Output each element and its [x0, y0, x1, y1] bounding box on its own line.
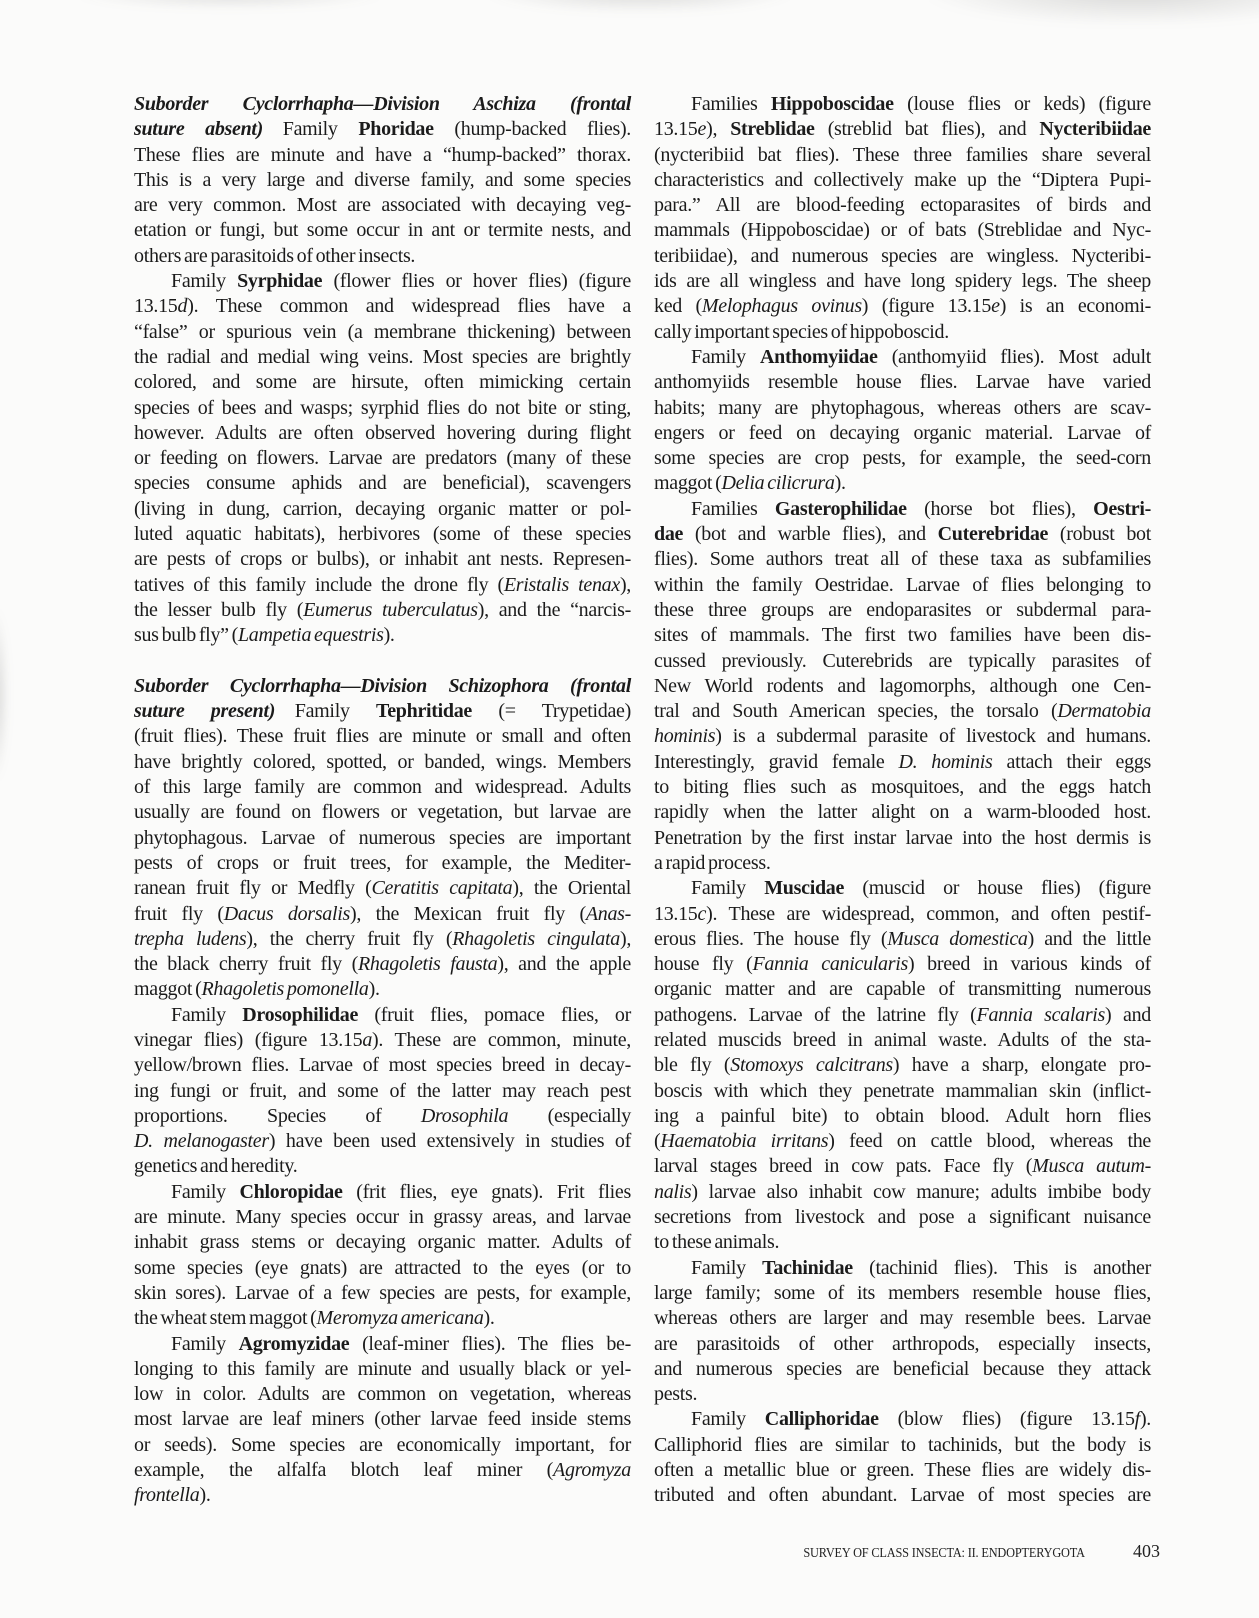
- text-line: however. Adults are often observed hover…: [134, 421, 631, 446]
- text-segment: ).: [384, 624, 395, 646]
- text-segment: some species are crop pests, for example…: [654, 447, 1151, 469]
- text-segment: teribiidae), and numerous species are wi…: [654, 245, 1151, 267]
- text-line: a rapid process.: [654, 851, 1151, 876]
- text-segment: (flower flies or hover flies) (figure: [322, 270, 631, 292]
- text-segment: vinegar flies) (figure 13.15: [134, 1029, 362, 1051]
- text-segment: boscis with which they penetrate mammali…: [654, 1080, 1151, 1102]
- text-line: hominis) is a subdermal parasite of live…: [654, 724, 1151, 749]
- text-segment: ).: [369, 978, 380, 1000]
- text-line: ing a painful bite) to obtain blood. Adu…: [654, 1104, 1151, 1129]
- text-segment: (robust bot: [1048, 523, 1151, 545]
- text-segment: 13.15: [654, 118, 698, 140]
- text-segment: Melophagus ovinus: [702, 295, 862, 317]
- text-segment: secretions from livestock and pose a sig…: [654, 1206, 1151, 1228]
- text-line: erous flies. The house fly (Musca domest…: [654, 927, 1151, 952]
- text-segment: Eristalis tenax: [504, 574, 620, 596]
- text-line: of this large family are common and wide…: [134, 775, 631, 800]
- text-segment: ing fungi or fruit, and some of the latt…: [134, 1080, 631, 1102]
- text-line: house fly (Fannia canicularis) breed in …: [654, 952, 1151, 977]
- text-segment: Phoridae: [358, 118, 433, 140]
- text-segment: erous flies. The house fly (: [654, 928, 887, 950]
- text-line: dae (bot and warble flies), and Cuterebr…: [654, 522, 1151, 547]
- text-segment: colored, and some are hirsute, often mim…: [134, 371, 631, 393]
- text-line: boscis with which they penetrate mammali…: [654, 1079, 1151, 1104]
- text-segment: (anthomyiid flies). Most adult: [878, 346, 1151, 368]
- text-segment: Interestingly, gravid female: [654, 751, 898, 773]
- text-segment: (nycteribiid bat flies). These three fam…: [654, 144, 1151, 166]
- text-segment: the wheat stem maggot (: [134, 1307, 317, 1329]
- text-line: para.” All are blood-feeding ectoparasit…: [654, 193, 1151, 218]
- text-line: ids are all wingless and have long spide…: [654, 269, 1151, 294]
- text-segment: flies). Some authors treat all of these …: [654, 548, 1151, 570]
- text-segment: Dacus dorsalis: [224, 903, 350, 925]
- text-segment: low in color. Adults are common on veget…: [134, 1383, 631, 1405]
- text-segment: ), the cherry fruit fly (: [246, 928, 452, 950]
- page-footer: SURVEY OF CLASS INSECTA: II. ENDOPTERYGO…: [0, 1541, 1160, 1562]
- text-segment: Family: [171, 270, 237, 292]
- text-segment: (streblid bat flies), and: [815, 118, 1040, 140]
- text-segment: are parasitoids of other arthropods, esp…: [654, 1333, 1151, 1355]
- text-segment: Family: [171, 1004, 242, 1026]
- text-segment: Anthomyiidae: [760, 346, 878, 368]
- text-segment: Family: [171, 1181, 240, 1203]
- text-segment: Families: [691, 498, 775, 520]
- text-segment: within the family Oestridae. Larvae of f…: [654, 574, 1151, 596]
- text-segment: D. hominis: [898, 751, 992, 773]
- text-segment: pests of crops or fruit trees, for examp…: [134, 852, 631, 874]
- text-segment: ) (figure 13.15: [862, 295, 991, 317]
- text-segment: Calliphoridae: [765, 1408, 879, 1430]
- text-segment: frontella: [134, 1484, 199, 1506]
- text-line: secretions from livestock and pose a sig…: [654, 1205, 1151, 1230]
- text-segment: sites of mammals. The first two families…: [654, 624, 1151, 646]
- scan-artifact: [480, 0, 800, 14]
- text-segment: ),: [620, 574, 631, 596]
- text-segment: ).: [199, 1484, 210, 1506]
- text-line: (nycteribiid bat flies). These three fam…: [654, 143, 1151, 168]
- text-line: larval stages breed in cow pats. Face fl…: [654, 1154, 1151, 1179]
- text-line: fruit fly (Dacus dorsalis), the Mexican …: [134, 902, 631, 927]
- text-segment: ), the Mexican fruit fly (: [350, 903, 586, 925]
- text-segment: Suborder Cyclorrhapha—Division Aschiza (…: [134, 93, 631, 115]
- text-line: low in color. Adults are common on veget…: [134, 1382, 631, 1407]
- text-segment: however. Adults are often observed hover…: [134, 422, 631, 444]
- text-segment: larval stages breed in cow pats. Face fl…: [654, 1155, 1032, 1177]
- text-line: yellow/brown flies. Larvae of most speci…: [134, 1053, 631, 1078]
- text-segment: ),: [706, 118, 730, 140]
- text-segment: D. melanogaster: [134, 1130, 269, 1152]
- left-column: Suborder Cyclorrhapha—Division Aschiza (…: [134, 92, 631, 1509]
- text-segment: mammals (Hippoboscidae) or of bats (Stre…: [654, 219, 1151, 241]
- text-segment: proportions. Species of: [134, 1105, 421, 1127]
- text-line: Penetration by the first instar larvae i…: [654, 826, 1151, 851]
- text-line: pests.: [654, 1382, 1151, 1407]
- text-line: genetics and heredity.: [134, 1154, 631, 1179]
- text-segment: are minute. Many species occur in grassy…: [134, 1206, 631, 1228]
- text-segment: are very common. Most are associated wit…: [134, 194, 631, 216]
- text-line: ing fungi or fruit, and some of the latt…: [134, 1079, 631, 1104]
- text-segment: of this large family are common and wide…: [134, 776, 631, 798]
- text-line: tatives of this family include the drone…: [134, 573, 631, 598]
- text-line: 13.15d). These common and widespread fli…: [134, 294, 631, 319]
- text-segment: Family: [691, 346, 760, 368]
- text-segment: to biting flies such as mosquitoes, and …: [654, 776, 1151, 798]
- text-line: whereas others are larger and may resemb…: [654, 1306, 1151, 1331]
- text-segment: e: [698, 118, 707, 140]
- text-line: the black cherry fruit fly (Rhagoletis f…: [134, 952, 631, 977]
- text-line: proportions. Species of Drosophila (espe…: [134, 1104, 631, 1129]
- text-line: This is a very large and diverse family,…: [134, 168, 631, 193]
- text-line: sites of mammals. The first two families…: [654, 623, 1151, 648]
- text-segment: Agromyza: [553, 1459, 631, 1481]
- text-segment: house fly (: [654, 953, 752, 975]
- text-line: within the family Oestridae. Larvae of f…: [654, 573, 1151, 598]
- text-segment: trepha ludens: [134, 928, 246, 950]
- text-line: teribiidae), and numerous species are wi…: [654, 244, 1151, 269]
- text-segment: (muscid or house flies) (figure: [844, 877, 1151, 899]
- text-segment: (fruit flies, pomace flies, or: [358, 1004, 631, 1026]
- text-line: have brightly colored, spotted, or bande…: [134, 750, 631, 775]
- text-segment: (leaf-miner flies). The flies be-: [349, 1333, 631, 1355]
- text-segment: ), and the apple: [497, 953, 631, 975]
- text-line: Family Chloropidae (frit flies, eye gnat…: [134, 1180, 631, 1205]
- text-segment: Musca autum-: [1032, 1155, 1151, 1177]
- text-segment: 13.15: [134, 295, 178, 317]
- text-segment: ) feed on cattle blood, whereas the: [828, 1130, 1151, 1152]
- text-line: cally important species of hippoboscid.: [654, 320, 1151, 345]
- text-segment: Family: [171, 1333, 239, 1355]
- text-segment: Oestri-: [1093, 498, 1151, 520]
- text-segment: Family: [263, 118, 358, 140]
- text-line: etation or fungi, but some occur in ant …: [134, 218, 631, 243]
- text-line: 13.15c). These are widespread, common, a…: [654, 902, 1151, 927]
- text-line: D. melanogaster) have been used extensiv…: [134, 1129, 631, 1154]
- text-line: are pests of crops or bulbs), or inhabit…: [134, 547, 631, 572]
- text-segment: ), the Oriental: [512, 877, 631, 899]
- text-segment: Muscidae: [764, 877, 844, 899]
- text-line: suture present) Family Tephritidae (= Tr…: [134, 699, 631, 724]
- text-line: Family Anthomyiidae (anthomyiid flies). …: [654, 345, 1151, 370]
- text-segment: ) and the little: [1028, 928, 1151, 950]
- text-line: others are parasitoids of other insects.: [134, 244, 631, 269]
- text-segment: Rhagoletis cingulata: [452, 928, 620, 950]
- text-line: engers or feed on decaying organic mater…: [654, 421, 1151, 446]
- text-segment: tatives of this family include the drone…: [134, 574, 504, 596]
- text-segment: Dermatobia: [1057, 700, 1151, 722]
- text-line: trepha ludens), the cherry fruit fly (Rh…: [134, 927, 631, 952]
- text-segment: Suborder Cyclorrhapha—Division Schizopho…: [134, 675, 631, 697]
- text-line: Family Drosophilidae (fruit flies, pomac…: [134, 1003, 631, 1028]
- text-segment: ). These are widespread, common, and oft…: [706, 903, 1151, 925]
- text-segment: others are parasitoids of other insects.: [134, 245, 415, 267]
- text-line: Calliphorid flies are similar to tachini…: [654, 1433, 1151, 1458]
- text-segment: Family: [691, 1257, 762, 1279]
- text-segment: or seeds). Some species are economically…: [134, 1434, 631, 1456]
- text-line: suture absent) Family Phoridae (hump-bac…: [134, 117, 631, 142]
- text-segment: Rhagoletis pomonella: [201, 978, 368, 1000]
- text-line: habits; many are phytophagous, whereas o…: [654, 396, 1151, 421]
- text-segment: dae: [654, 523, 683, 545]
- text-segment: the black cherry fruit fly (: [134, 953, 358, 975]
- text-line: “false” or spurious vein (a membrane thi…: [134, 320, 631, 345]
- text-line: maggot (Rhagoletis pomonella).: [134, 977, 631, 1002]
- text-segment: luted aquatic habitats), herbivores (som…: [134, 523, 631, 545]
- text-segment: Agromyzidae: [239, 1333, 350, 1355]
- text-segment: “false” or spurious vein (a membrane thi…: [134, 321, 631, 343]
- text-line: ble fly (Stomoxys calcitrans) have a sha…: [654, 1053, 1151, 1078]
- text-segment: attach their eggs: [993, 751, 1152, 773]
- text-line: (living in dung, carrion, decaying organ…: [134, 497, 631, 522]
- text-line: pests of crops or fruit trees, for examp…: [134, 851, 631, 876]
- text-segment: (tachinid flies). This is another: [853, 1257, 1151, 1279]
- text-segment: Meromyza americana: [317, 1307, 484, 1329]
- text-segment: Gasterophilidae: [775, 498, 907, 520]
- text-segment: cally important species of hippoboscid.: [654, 321, 949, 343]
- text-segment: Musca domestica: [887, 928, 1027, 950]
- text-line: Family Tachinidae (tachinid flies). This…: [654, 1256, 1151, 1281]
- text-segment: genetics and heredity.: [134, 1155, 297, 1177]
- text-segment: to these animals.: [654, 1231, 779, 1253]
- text-segment: or feeding on flowers. Larvae are predat…: [134, 447, 631, 469]
- text-segment: ), and the “narcis-: [478, 599, 631, 621]
- text-segment: (louse flies or keds) (figure: [894, 93, 1151, 115]
- text-line: luted aquatic habitats), herbivores (som…: [134, 522, 631, 547]
- text-segment: e: [991, 295, 1000, 317]
- text-segment: (= Trypetidae): [472, 700, 631, 722]
- text-segment: (hump-backed flies).: [434, 118, 631, 140]
- text-segment: ble fly (: [654, 1054, 730, 1076]
- two-column-text-block: Suborder Cyclorrhapha—Division Aschiza (…: [134, 92, 1151, 1509]
- text-segment: whereas others are larger and may resemb…: [654, 1307, 1151, 1329]
- text-segment: yellow/brown flies. Larvae of most speci…: [134, 1054, 631, 1076]
- text-line: are parasitoids of other arthropods, esp…: [654, 1332, 1151, 1357]
- text-segment: rapidly when the latter alight on a warm…: [654, 801, 1151, 823]
- text-line: (Haematobia irritans) feed on cattle blo…: [654, 1129, 1151, 1154]
- text-segment: ) breed in various kinds of: [908, 953, 1151, 975]
- text-segment: pathogens. Larvae of the latrine fly (: [654, 1004, 977, 1026]
- text-line: vinegar flies) (figure 13.15a). These ar…: [134, 1028, 631, 1053]
- text-segment: fruit fly (: [134, 903, 224, 925]
- text-segment: etation or fungi, but some occur in ant …: [134, 219, 631, 241]
- right-column: Families Hippoboscidae (louse flies or k…: [654, 92, 1151, 1509]
- text-segment: Tachinidae: [762, 1257, 853, 1279]
- text-line: cussed previously. Cuterebrids are typic…: [654, 649, 1151, 674]
- text-segment: sus bulb fly” (: [134, 624, 238, 646]
- text-segment: c: [698, 903, 707, 925]
- text-segment: (especially: [508, 1105, 631, 1127]
- text-segment: ing a painful bite) to obtain blood. Adu…: [654, 1105, 1151, 1127]
- text-segment: ids are all wingless and have long spide…: [654, 270, 1151, 292]
- text-line: tributed and often abundant. Larvae of m…: [654, 1483, 1151, 1508]
- text-segment: Family: [691, 1408, 765, 1430]
- text-segment: engers or feed on decaying organic mater…: [654, 422, 1151, 444]
- text-segment: Haematobia irritans: [660, 1130, 828, 1152]
- text-line: New World rodents and lagomorphs, althou…: [654, 674, 1151, 699]
- text-segment: Penetration by the first instar larvae i…: [654, 827, 1151, 849]
- text-line: Family Muscidae (muscid or house flies) …: [654, 876, 1151, 901]
- text-line: or feeding on flowers. Larvae are predat…: [134, 446, 631, 471]
- text-segment: inhabit grass stems or decaying organic …: [134, 1231, 631, 1253]
- text-line: Suborder Cyclorrhapha—Division Aschiza (…: [134, 92, 631, 117]
- text-line: rapidly when the latter alight on a warm…: [654, 800, 1151, 825]
- text-segment: Family: [691, 877, 764, 899]
- text-segment: hominis: [654, 725, 715, 747]
- text-segment: the radial and medial wing veins. Most s…: [134, 346, 631, 368]
- text-segment: Drosophilidae: [242, 1004, 358, 1026]
- text-segment: para.” All are blood-feeding ectoparasit…: [654, 194, 1151, 216]
- text-segment: Chloropidae: [240, 1181, 343, 1203]
- text-segment: Eumerus tuberculatus: [303, 599, 478, 621]
- book-page-scan: Suborder Cyclorrhapha—Division Aschiza (…: [0, 0, 1259, 1618]
- text-segment: pests.: [654, 1383, 697, 1405]
- scan-artifact: [0, 610, 8, 780]
- page-number: 403: [1133, 1541, 1160, 1562]
- text-segment: Families: [691, 93, 771, 115]
- text-segment: tral and South American species, the tor…: [654, 700, 1057, 722]
- text-line: the wheat stem maggot (Meromyza american…: [134, 1306, 631, 1331]
- text-segment: Drosophila: [421, 1105, 508, 1127]
- text-segment: suture absent): [134, 118, 263, 140]
- text-line: often a metallic blue or green. These fl…: [654, 1458, 1151, 1483]
- text-segment: ).: [484, 1307, 495, 1329]
- text-segment: suture present): [134, 700, 275, 722]
- scan-artifact: [930, 0, 1259, 24]
- text-line: organic matter and are capable of transm…: [654, 977, 1151, 1002]
- text-line: these three groups are endoparasites or …: [654, 598, 1151, 623]
- text-segment: habits; many are phytophagous, whereas o…: [654, 397, 1151, 419]
- text-segment: anthomyiids resemble house flies. Larvae…: [654, 371, 1151, 393]
- text-line: large family; some of its members resemb…: [654, 1281, 1151, 1306]
- text-segment: ranean fruit fly or Medfly (: [134, 877, 371, 899]
- text-segment: usually are found on flowers or vegetati…: [134, 801, 631, 823]
- text-line: ked (Melophagus ovinus) (figure 13.15e) …: [654, 294, 1151, 319]
- text-segment: most larvae are leaf miners (other larva…: [134, 1408, 631, 1430]
- text-line: phytophagous. Larvae of numerous species…: [134, 826, 631, 851]
- text-segment: 13.15: [654, 903, 698, 925]
- text-segment: ) larvae also inhabit cow manure; adults…: [691, 1181, 1151, 1203]
- text-line: usually are found on flowers or vegetati…: [134, 800, 631, 825]
- text-segment: (fruit flies). These fruit flies are min…: [134, 725, 631, 747]
- text-segment: Cuterebridae: [938, 523, 1048, 545]
- text-segment: ) have a sharp, elongate pro-: [893, 1054, 1151, 1076]
- text-line: some species are crop pests, for example…: [654, 446, 1151, 471]
- text-line: Interestingly, gravid female D. hominis …: [654, 750, 1151, 775]
- text-line: tral and South American species, the tor…: [654, 699, 1151, 724]
- text-line: ranean fruit fly or Medfly (Ceratitis ca…: [134, 876, 631, 901]
- text-segment: ). These are common, minute,: [372, 1029, 631, 1051]
- text-line: 13.15e), Streblidae (streblid bat flies)…: [654, 117, 1151, 142]
- text-segment: tributed and often abundant. Larvae of m…: [654, 1484, 1151, 1506]
- text-line: are minute. Many species occur in grassy…: [134, 1205, 631, 1230]
- text-segment: species consume aphids and are beneficia…: [134, 472, 631, 494]
- text-line: colored, and some are hirsute, often mim…: [134, 370, 631, 395]
- text-segment: organic matter and are capable of transm…: [654, 978, 1151, 1000]
- text-line: Family Calliphoridae (blow flies) (figur…: [654, 1407, 1151, 1432]
- text-line: nalis) larvae also inhabit cow manure; a…: [654, 1180, 1151, 1205]
- text-line: species consume aphids and are beneficia…: [134, 471, 631, 496]
- text-line: some species (eye gnats) are attracted t…: [134, 1256, 631, 1281]
- text-segment: characteristics and collectively make up…: [654, 169, 1151, 191]
- text-line: anthomyiids resemble house flies. Larvae…: [654, 370, 1151, 395]
- text-line: These flies are minute and have a “hump-…: [134, 143, 631, 168]
- text-segment: (blow flies) (figure 13.15: [879, 1408, 1135, 1430]
- text-line: the lesser bulb fly (Eumerus tuberculatu…: [134, 598, 631, 623]
- text-segment: Stomoxys calcitrans: [730, 1054, 893, 1076]
- text-segment: Syrphidae: [237, 270, 322, 292]
- text-segment: Family: [275, 700, 376, 722]
- text-segment: a rapid process.: [654, 852, 771, 874]
- text-segment: ) and: [1105, 1004, 1151, 1026]
- text-line: pathogens. Larvae of the latrine fly (Fa…: [654, 1003, 1151, 1028]
- text-line: flies). Some authors treat all of these …: [654, 547, 1151, 572]
- text-segment: ) have been used extensively in studies …: [269, 1130, 631, 1152]
- text-segment: (bot and warble flies), and: [683, 523, 938, 545]
- text-segment: Lampetia equestris: [238, 624, 384, 646]
- text-segment: ).: [1140, 1408, 1151, 1430]
- text-segment: cussed previously. Cuterebrids are typic…: [654, 650, 1151, 672]
- text-segment: ) is a subdermal parasite of livestock a…: [715, 725, 1151, 747]
- text-segment: example, the alfalfa blotch leaf miner (: [134, 1459, 553, 1481]
- text-segment: Hippoboscidae: [771, 93, 894, 115]
- text-segment: These flies are minute and have a “hump-…: [134, 144, 631, 166]
- text-segment: (horse bot flies),: [907, 498, 1093, 520]
- text-line: example, the alfalfa blotch leaf miner (…: [134, 1458, 631, 1483]
- text-segment: (living in dung, carrion, decaying organ…: [134, 498, 631, 520]
- text-line: most larvae are leaf miners (other larva…: [134, 1407, 631, 1432]
- text-segment: Fannia canicularis: [752, 953, 907, 975]
- text-segment: have brightly colored, spotted, or bande…: [134, 751, 631, 773]
- text-line: Family Syrphidae (flower flies or hover …: [134, 269, 631, 294]
- text-line: mammals (Hippoboscidae) or of bats (Stre…: [654, 218, 1151, 243]
- text-segment: these three groups are endoparasites or …: [654, 599, 1151, 621]
- text-line: Suborder Cyclorrhapha—Division Schizopho…: [134, 674, 631, 699]
- text-segment: Ceratitis capitata: [371, 877, 512, 899]
- text-segment: Tephritidae: [376, 700, 472, 722]
- text-segment: large family; some of its members resemb…: [654, 1282, 1151, 1304]
- text-segment: ),: [620, 928, 631, 950]
- text-line: the radial and medial wing veins. Most s…: [134, 345, 631, 370]
- text-line: Families Gasterophilidae (horse bot flie…: [654, 497, 1151, 522]
- running-head: SURVEY OF CLASS INSECTA: II. ENDOPTERYGO…: [804, 1546, 1085, 1562]
- text-segment: (frit flies, eye gnats). Frit flies: [343, 1181, 631, 1203]
- text-segment: Delia cilicrura: [721, 472, 834, 494]
- text-segment: Anas-: [586, 903, 631, 925]
- text-segment: phytophagous. Larvae of numerous species…: [134, 827, 631, 849]
- text-segment: related muscids breed in animal waste. A…: [654, 1029, 1151, 1051]
- text-segment: ). These common and widespread flies hav…: [187, 295, 631, 317]
- text-line: to these animals.: [654, 1230, 1151, 1255]
- text-line: related muscids breed in animal waste. A…: [654, 1028, 1151, 1053]
- text-segment: often a metallic blue or green. These fl…: [654, 1459, 1151, 1481]
- text-line: frontella).: [134, 1483, 631, 1508]
- text-line: longing to this family are minute and us…: [134, 1357, 631, 1382]
- text-segment: some species (eye gnats) are attracted t…: [134, 1257, 631, 1279]
- text-segment: Streblidae: [730, 118, 814, 140]
- text-segment: maggot (: [654, 472, 721, 494]
- text-segment: Nycteribiidae: [1039, 118, 1151, 140]
- text-segment: Fannia scalaris: [977, 1004, 1106, 1026]
- scan-artifact: [70, 0, 390, 10]
- text-segment: Calliphorid flies are similar to tachini…: [654, 1434, 1151, 1456]
- text-segment: a: [362, 1029, 372, 1051]
- text-line: inhabit grass stems or decaying organic …: [134, 1230, 631, 1255]
- text-segment: longing to this family are minute and us…: [134, 1358, 631, 1380]
- text-segment: maggot (: [134, 978, 201, 1000]
- text-segment: and numerous species are beneficial beca…: [654, 1358, 1151, 1380]
- text-segment: the lesser bulb fly (: [134, 599, 303, 621]
- text-line: Families Hippoboscidae (louse flies or k…: [654, 92, 1151, 117]
- text-segment: ).: [835, 472, 846, 494]
